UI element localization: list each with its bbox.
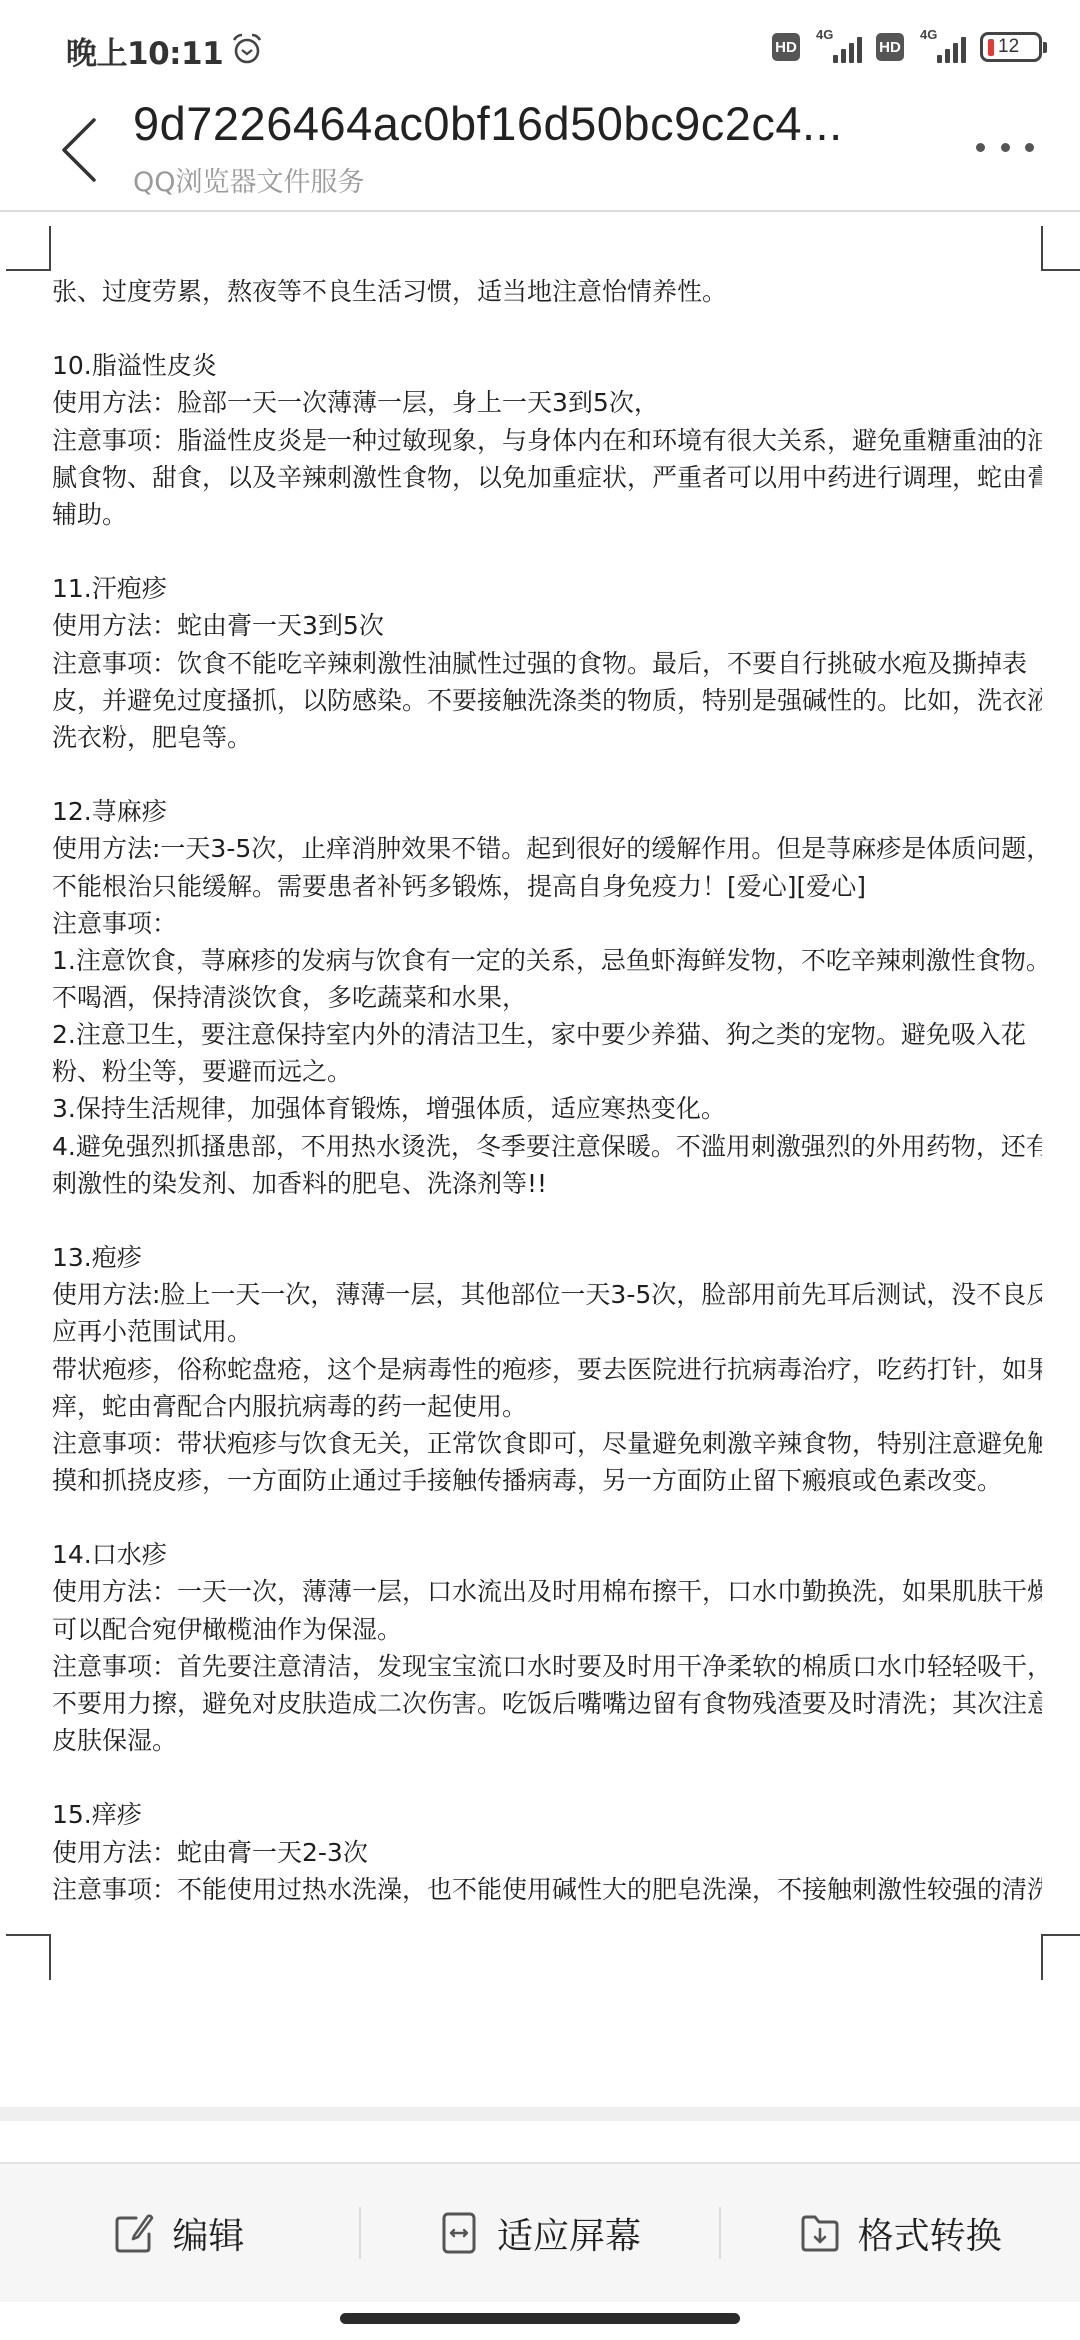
document-line: 可以配合宛伊橄榄油作为保湿。 [52, 1611, 1042, 1648]
document-line: 不要用力擦，避免对皮肤造成二次伤害。吃饭后嘴嘴边留有食物残渣要及时清洗；其次注意 [52, 1685, 1042, 1722]
document-line: 刺激性的染发剂、加香料的肥皂、洗涤剂等!! [52, 1165, 1042, 1202]
document-line: 粉、粉尘等，要避而远之。 [52, 1053, 1042, 1090]
fit-screen-icon [439, 2212, 479, 2254]
edit-label: 编辑 [172, 2208, 244, 2259]
fit-screen-button[interactable]: 适应屏幕 [361, 2164, 720, 2302]
document-line: 2.注意卫生，要注意保持室内外的清洁卫生，家中要少养猫、狗之类的宠物。避免吸入花 [52, 1016, 1042, 1053]
document-line: 15.痒疹 [52, 1796, 1042, 1833]
page-title: 9d7226464ac0bf16d50bc9c2c4... [133, 96, 843, 151]
document-line: 痒，蛇由膏配合内服抗病毒的药一起使用。 [52, 1388, 1042, 1425]
document-line: 带状疱疹，俗称蛇盘疮，这个是病毒性的疱疹，要去医院进行抗病毒治疗，吃药打针，如果 [52, 1351, 1042, 1388]
home-indicator[interactable] [340, 2313, 740, 2324]
document-line: 皮，并避免过度搔抓，以防感染。不要接触洗涤类的物质，特别是强碱性的。比如，洗衣液… [52, 682, 1042, 719]
format-convert-button[interactable]: 格式转换 [721, 2164, 1080, 2302]
blank-line [52, 1202, 1042, 1239]
document-line: 3.保持生活规律，加强体育锻炼，增强体质，适应寒热变化。 [52, 1090, 1042, 1127]
document-line: 使用方法:一天3-5次，止痒消肿效果不错。起到很好的缓解作用。但是荨麻疹是体质问… [52, 830, 1042, 867]
status-time: 晚上10:11 [66, 28, 223, 73]
edit-button[interactable]: 编辑 [0, 2164, 359, 2302]
document-line: 腻食物、甜食，以及辛辣刺激性食物，以免加重症状，严重者可以用中药进行调理，蛇由膏 [52, 459, 1042, 496]
page-subtitle: QQ浏览器文件服务 [133, 160, 365, 199]
header-bar: 9d7226464ac0bf16d50bc9c2c4... QQ浏览器文件服务 [0, 90, 1080, 212]
bottom-toolbar: 编辑 适应屏幕 格式转换 [0, 2162, 1080, 2302]
blank-line [52, 756, 1042, 793]
signal-icon: 4G [918, 31, 966, 63]
document-line: 14.口水疹 [52, 1536, 1042, 1573]
document-line: 使用方法：蛇由膏一天2-3次 [52, 1834, 1042, 1871]
edit-icon [114, 2212, 154, 2254]
hd-icon: HD [876, 33, 904, 61]
signal-icon: 4G [814, 31, 862, 63]
document-line: 张、过度劳累，熬夜等不良生活习惯，适当地注意怡情养性。 [52, 273, 1042, 310]
document-line: 使用方法:脸上一天一次，薄薄一层，其他部位一天3-5次，脸部用前先耳后测试，没不… [52, 1276, 1042, 1313]
battery-icon: 12 [980, 32, 1042, 62]
page-separator [0, 2107, 1080, 2121]
document-line: 注意事项：首先要注意清洁，发现宝宝流口水时要及时用干净柔软的棉质口水巾轻轻吸干， [52, 1648, 1042, 1685]
blank-line [52, 310, 1042, 347]
format-convert-icon [800, 2212, 840, 2254]
document-line: 摸和抓挠皮疹，一方面防止通过手接触传播病毒，另一方面防止留下瘢痕或色素改变。 [52, 1462, 1042, 1499]
document-line: 10.脂溢性皮炎 [52, 347, 1042, 384]
chevron-left-icon [52, 110, 108, 190]
document-line: 11.汗疱疹 [52, 570, 1042, 607]
document-line: 13.疱疹 [52, 1239, 1042, 1276]
document-line: 应再小范围试用。 [52, 1313, 1042, 1350]
blank-line [52, 1759, 1042, 1796]
format-convert-label: 格式转换 [858, 2208, 1002, 2259]
more-button[interactable] [970, 132, 1040, 162]
document-line: 注意事项：脂溢性皮炎是一种过敏现象，与身体内在和环境有很大关系，避免重糖重油的油 [52, 422, 1042, 459]
document-line: 使用方法：一天一次，薄薄一层，口水流出及时用棉布擦干，口水巾勤换洗，如果肌肤干燥 [52, 1573, 1042, 1610]
document-line: 皮肤保湿。 [52, 1722, 1042, 1759]
status-bar: 晚上10:11 HD 4G HD 4G 12 [0, 0, 1080, 90]
document-line: 不喝酒，保持清淡饮食，多吃蔬菜和水果， [52, 979, 1042, 1016]
status-icons: HD 4G HD 4G 12 [772, 30, 1042, 64]
document-line: 使用方法：蛇由膏一天3到5次 [52, 607, 1042, 644]
hd-icon: HD [772, 33, 800, 61]
document-line: 注意事项：带状疱疹与饮食无关，正常饮食即可，尽量避免刺激辛辣食物，特别注意避免触 [52, 1425, 1042, 1462]
document-line: 洗衣粉，肥皂等。 [52, 719, 1042, 756]
document-line: 不能根治只能缓解。需要患者补钙多锻炼，提高自身免疫力！[爱心][爱心] [52, 868, 1042, 905]
fit-screen-label: 适应屏幕 [497, 2208, 641, 2259]
blank-line [52, 1499, 1042, 1536]
alarm-clock-icon [230, 32, 264, 66]
document-line: 12.荨麻疹 [52, 793, 1042, 830]
document-line: 辅助。 [52, 496, 1042, 533]
document-line: 注意事项：饮食不能吃辛辣刺激性油腻性过强的食物。最后，不要自行挑破水疱及撕掉表 [52, 645, 1042, 682]
more-horizontal-icon [976, 143, 985, 152]
document-line: 使用方法：脸部一天一次薄薄一层，身上一天3到5次， [52, 384, 1042, 421]
document-line: 注意事项： [52, 905, 1042, 942]
battery-level: 12 [998, 36, 1019, 58]
document-line: 注意事项：不能使用过热水洗澡，也不能使用碱性大的肥皂洗澡，不接触刺激性较强的清洗 [52, 1871, 1042, 1908]
crop-mark-top-left [6, 226, 51, 271]
document-viewer[interactable]: 张、过度劳累，熬夜等不良生活习惯，适当地注意怡情养性。10.脂溢性皮炎使用方法：… [0, 214, 1080, 2107]
document-text: 张、过度劳累，熬夜等不良生活习惯，适当地注意怡情养性。10.脂溢性皮炎使用方法：… [52, 273, 1042, 1908]
back-button[interactable] [52, 110, 108, 190]
crop-mark-bottom-left [6, 1934, 51, 1980]
blank-line [52, 533, 1042, 570]
document-line: 1.注意饮食，荨麻疹的发病与饮食有一定的关系，忌鱼虾海鲜发物，不吃辛辣刺激性食物… [52, 942, 1042, 979]
crop-mark-bottom-right [1041, 1934, 1080, 1980]
crop-mark-top-right [1041, 226, 1080, 271]
document-line: 4.避免强烈抓搔患部，不用热水烫洗，冬季要注意保暖。不滥用刺激强烈的外用药物，还… [52, 1128, 1042, 1165]
